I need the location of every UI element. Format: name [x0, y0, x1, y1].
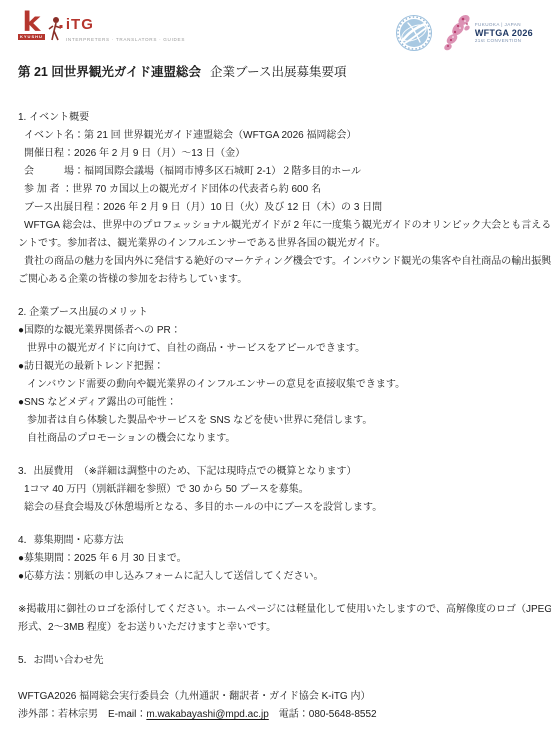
- section-overview: 1. イベント概要 イベント名：第 21 回 世界観光ガイド連盟総会（WFTGA…: [18, 109, 533, 289]
- contact-phone: 電話：080-5648-8552: [269, 709, 377, 720]
- merit-bullet: ●訪日観光の最新トレンド把握：: [18, 358, 533, 376]
- logo-note-line: ※掲載用に御社のロゴを添付してください。ホームページには軽量化して使用いたします…: [18, 601, 533, 619]
- kitg-k-letter: k: [22, 12, 40, 34]
- kitg-tagline: INTERPRETERS · TRANSLATORS · GUIDES: [66, 36, 185, 43]
- email-link[interactable]: m.wakabayashi@mpd.ac.jp: [146, 709, 268, 720]
- section-merits-heading: 2. 企業ブース出展のメリット: [18, 304, 533, 322]
- fukuoka-map-icon: [442, 12, 472, 54]
- kitg-mascot-icon: [48, 16, 63, 43]
- overview-paragraph-line: ントです。参加者は、観光業界のインフルエンサーである世界各国の観光ガイド。: [18, 235, 533, 253]
- merit-bullet: ●SNS などメディア露出の可能性：: [18, 394, 533, 412]
- right-logos: FUKUOKA | JAPAN WFTGA 2026 21st CONVENTI…: [396, 12, 533, 54]
- contact-person: 渉外部：若林宗男 E-mail：: [18, 709, 146, 720]
- contact-block: WFTGA2026 福岡総会実行委員会（九州通訳・翻訳者・ガイド協会 K-iTG…: [18, 688, 533, 724]
- section-inquiry: 5．お問い合わせ先: [18, 652, 533, 670]
- logo-note-line: 形式、2～3MB 程度）をお送りいただけますと幸いです。: [18, 619, 533, 637]
- fukuoka-logo-line3: 21st CONVENTION: [475, 38, 533, 45]
- overview-paragraph-line: WFTGA 総会は、世界中のプロフェッショナル観光ガイドが 2 年に一度集う観光…: [18, 217, 533, 235]
- overview-paragraph-line: 貴社の商品の魅力を国内外に発信する絶好のマーケティング機会です。インバウンド観光…: [18, 253, 533, 271]
- kitg-wordmark: iTG INTERPRETERS · TRANSLATORS · GUIDES: [66, 16, 185, 43]
- section-cost: 3．出展費用 （※詳細は調整中のため、下記は現時点での概算となります） 1コマ …: [18, 463, 533, 517]
- section-apply: 4．募集期間・応募方法 ●募集期間：2025 年 6 月 30 日まで。 ●応募…: [18, 532, 533, 586]
- kitg-k-mark: k KYUSHU: [18, 12, 45, 40]
- section-inquiry-heading: 5．お問い合わせ先: [18, 652, 533, 670]
- overview-participants: 参 加 者 ：世界 70 カ国以上の観光ガイド団体の代表者ら約 600 名: [18, 181, 533, 199]
- overview-paragraph-line: ご関心ある企業の皆様の参加をお待ちしています。: [18, 271, 533, 289]
- fukuoka-logo-line2: WFTGA 2026: [475, 28, 533, 38]
- merit-body: 自社商品のプロモーションの機会になります。: [18, 430, 533, 448]
- merit-body: インバウンド需要の動向や観光業界のインフルエンサーの意見を直接収集できます。: [18, 376, 533, 394]
- header: k KYUSHU iTG INTERPRETERS · TRANSLATORS …: [18, 12, 533, 50]
- page-title-main: 第 21 回世界観光ガイド連盟総会: [18, 65, 201, 79]
- merit-bullet: ●国際的な観光業界関係者への PR：: [18, 322, 533, 340]
- merit-body: 世界中の観光ガイドに向けて、自社の商品・サービスをアピールできます。: [18, 340, 533, 358]
- kitg-logo: k KYUSHU iTG INTERPRETERS · TRANSLATORS …: [18, 12, 185, 43]
- kitg-itg-letters: iTG: [66, 16, 94, 33]
- kitg-kyushu-label: KYUSHU: [18, 34, 45, 40]
- document-page: k KYUSHU iTG INTERPRETERS · TRANSLATORS …: [0, 0, 551, 746]
- logo-note: ※掲載用に御社のロゴを添付してください。ホームページには軽量化して使用いたします…: [18, 601, 533, 637]
- merit-body: 参加者は自ら体験した製品やサービスを SNS などを使い世界に発信します。: [18, 412, 533, 430]
- section-apply-heading: 4．募集期間・応募方法: [18, 532, 533, 550]
- cost-line: 総会の昼食会場及び休憩場所となる、多目的ホールの中にブースを設営します。: [18, 499, 533, 517]
- section-overview-heading: 1. イベント概要: [18, 109, 533, 127]
- wftga-globe-icon: [396, 15, 432, 51]
- section-cost-heading: 3．出展費用 （※詳細は調整中のため、下記は現時点での概算となります）: [18, 463, 533, 481]
- contact-person-line: 渉外部：若林宗男 E-mail：m.wakabayashi@mpd.ac.jp …: [18, 706, 533, 724]
- fukuoka-2026-logo: FUKUOKA | JAPAN WFTGA 2026 21st CONVENTI…: [442, 12, 533, 54]
- overview-event-name: イベント名：第 21 回 世界観光ガイド連盟総会（WFTGA 2026 福岡総会…: [18, 127, 533, 145]
- overview-venue: 会 場：福岡国際会議場（福岡市博多区石城町 2-1）２階多目的ホール: [18, 163, 533, 181]
- section-merits: 2. 企業ブース出展のメリット ●国際的な観光業界関係者への PR： 世界中の観…: [18, 304, 533, 448]
- apply-period: ●募集期間：2025 年 6 月 30 日まで。: [18, 550, 533, 568]
- page-title-sub: 企業ブース出展募集要項: [210, 65, 347, 79]
- overview-booth-dates: ブース出展日程：2026 年 2 月 9 日（月）10 日（火）及び 12 日（…: [18, 199, 533, 217]
- fukuoka-logo-text: FUKUOKA | JAPAN WFTGA 2026 21st CONVENTI…: [475, 22, 533, 45]
- page-title: 第 21 回世界観光ガイド連盟総会企業ブース出展募集要項: [18, 64, 533, 80]
- cost-line: 1コマ 40 万円（別紙詳細を参照）で 30 から 50 ブースを募集。: [18, 481, 533, 499]
- apply-method: ●応募方法：別紙の申し込みフォームに記入して送信してください。: [18, 568, 533, 586]
- contact-org: WFTGA2026 福岡総会実行委員会（九州通訳・翻訳者・ガイド協会 K-iTG…: [18, 688, 533, 706]
- overview-dates: 開催日程：2026 年 2 月 9 日（月）～13 日（金）: [18, 145, 533, 163]
